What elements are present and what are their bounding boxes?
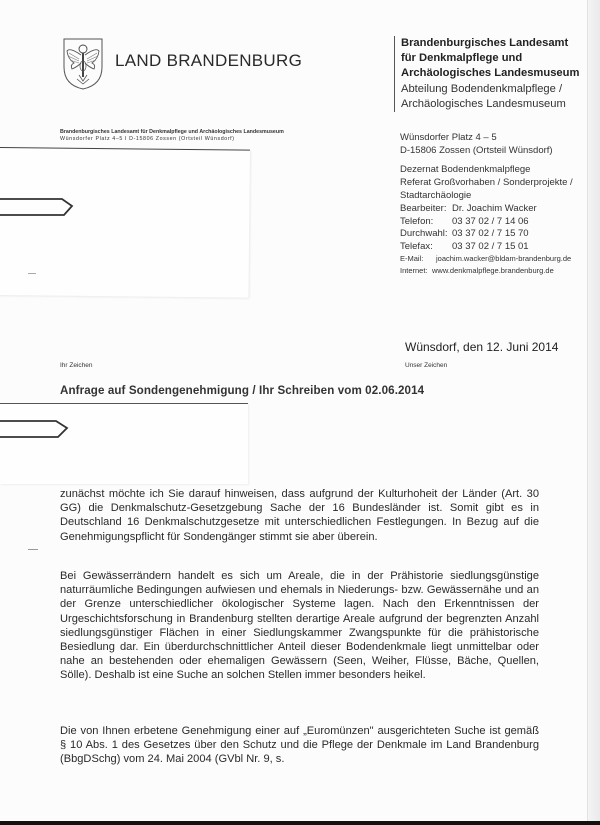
sender-return-address: Brandenburgisches Landesamt für Denkmalp… bbox=[60, 129, 284, 143]
paper-clip-icon bbox=[0, 418, 80, 440]
email-address: joachim.wacker@bldam-brandenburg.de bbox=[436, 253, 571, 265]
internet-row: Internet: www.denkmalpflege.brandenburg.… bbox=[400, 265, 571, 277]
contact-value: Dr. Joachim Wacker bbox=[452, 203, 537, 216]
fold-mark bbox=[28, 549, 38, 550]
email-label: E-Mail: bbox=[400, 253, 436, 265]
redaction-panel bbox=[0, 147, 250, 298]
ihr-zeichen-label: Ihr Zeichen bbox=[60, 362, 93, 369]
org-dept-line: Archäologisches Landesmuseum bbox=[401, 97, 600, 112]
org-name-line: für Denkmalpflege und bbox=[401, 51, 600, 66]
contact-value: 03 37 02 / 7 15 01 bbox=[452, 241, 529, 254]
letter-subject: Anfrage auf Sondengenehmigung / Ihr Schr… bbox=[60, 384, 424, 397]
scan-edge bbox=[587, 0, 600, 825]
contact-details: Bearbeiter: Dr. Joachim Wacker Telefon: … bbox=[400, 203, 571, 277]
department: Dezernat Bodendenkmalpflege Referat Groß… bbox=[400, 163, 573, 202]
paper-clip-icon bbox=[0, 196, 80, 218]
scan-bottom-edge bbox=[0, 821, 600, 825]
org-name-line: Archäologisches Landesmuseum bbox=[401, 66, 600, 81]
contact-label: Telefax: bbox=[400, 241, 452, 254]
unser-zeichen-label: Unser Zeichen bbox=[405, 362, 447, 369]
sender-line: Brandenburgisches Landesamt für Denkmalp… bbox=[60, 129, 284, 136]
department-line: Dezernat Bodendenkmalpflege bbox=[400, 163, 573, 176]
department-line: Referat Großvorhaben / Sonderprojekte / bbox=[400, 176, 573, 189]
letter-date: Wünsdorf, den 12. Juni 2014 bbox=[405, 340, 558, 354]
contact-label: Durchwahl: bbox=[400, 228, 452, 241]
contact-label: Bearbeiter: bbox=[400, 203, 452, 216]
redaction-panel bbox=[0, 403, 248, 484]
address-line: Wünsdorfer Platz 4 – 5 bbox=[400, 131, 553, 144]
contact-value: 03 37 02 / 7 15 70 bbox=[452, 228, 529, 241]
website-url: www.denkmalpflege.brandenburg.de bbox=[432, 265, 554, 277]
org-name-line: Brandenburgisches Landesamt bbox=[401, 36, 600, 51]
body-paragraph: Die von Ihnen erbetene Genehmigung einer… bbox=[60, 724, 539, 767]
state-name: LAND BRANDENBURG bbox=[115, 51, 302, 71]
address-line: D-15806 Zossen (Ortsteil Wünsdorf) bbox=[400, 144, 553, 157]
org-dept-line: Abteilung Bodendenkmalpflege / bbox=[401, 82, 600, 97]
contact-row: Bearbeiter: Dr. Joachim Wacker bbox=[400, 203, 571, 216]
email-row: E-Mail: joachim.wacker@bldam-brandenburg… bbox=[400, 253, 571, 265]
fold-mark bbox=[28, 273, 36, 274]
department-line: Stadtarchäologie bbox=[400, 189, 573, 202]
internet-label: Internet: bbox=[400, 265, 432, 277]
organization-block: Brandenburgisches Landesamt für Denkmalp… bbox=[394, 36, 600, 112]
body-paragraph: zunächst möchte ich Sie darauf hinweisen… bbox=[60, 487, 539, 544]
contact-row: Telefon: 03 37 02 / 7 14 06 bbox=[400, 216, 571, 229]
contact-row: Durchwahl: 03 37 02 / 7 15 70 bbox=[400, 228, 571, 241]
office-address: Wünsdorfer Platz 4 – 5 D-15806 Zossen (O… bbox=[400, 131, 553, 157]
contact-value: 03 37 02 / 7 14 06 bbox=[452, 216, 529, 229]
sender-line: Wünsdorfer Platz 4–5 I D-15806 Zossen (O… bbox=[60, 136, 284, 143]
contact-row: Telefax: 03 37 02 / 7 15 01 bbox=[400, 241, 571, 254]
letter-page: LAND BRANDENBURG Brandenburgisches Lande… bbox=[0, 0, 600, 825]
contact-label: Telefon: bbox=[400, 216, 452, 229]
body-paragraph: Bei Gewässerrändern handelt es sich um A… bbox=[60, 569, 539, 683]
brandenburg-eagle-icon bbox=[62, 37, 104, 91]
